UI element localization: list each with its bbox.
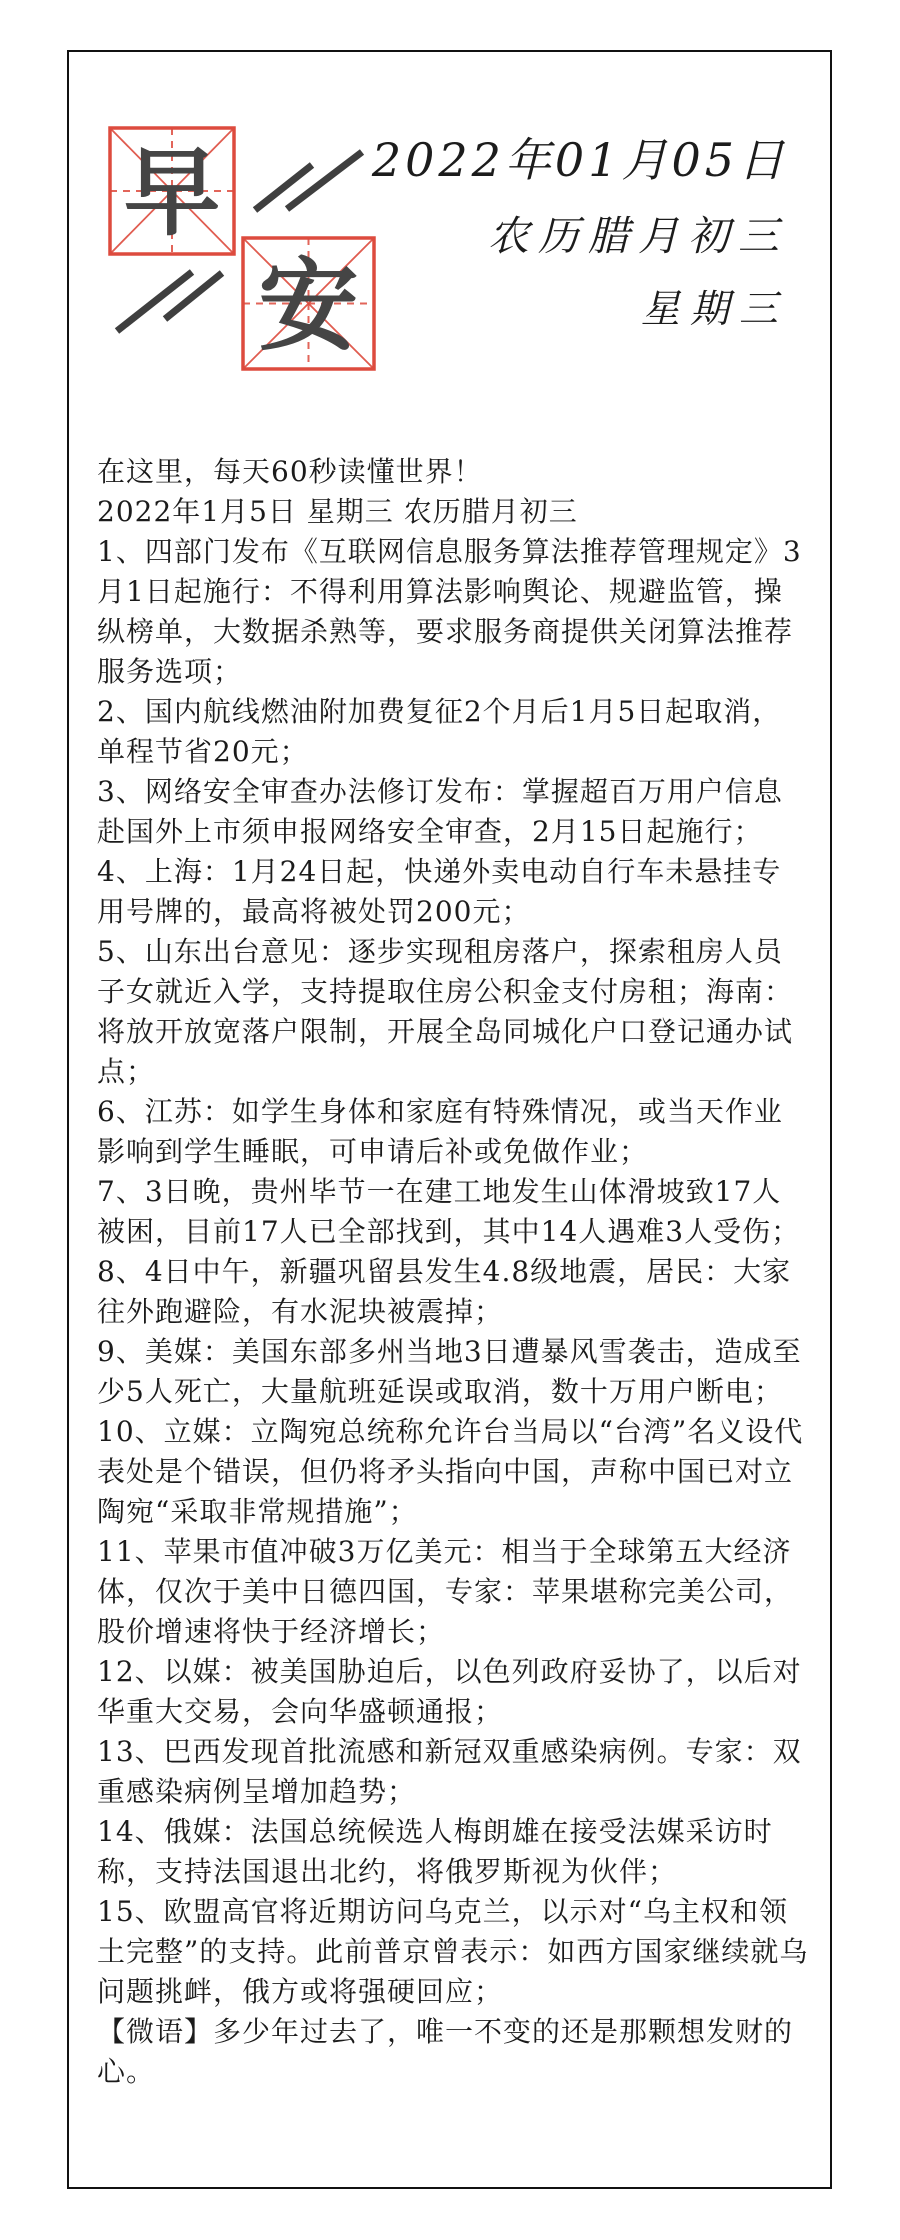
news-item: 9、美媒：美国东部多州当地3日遭暴风雪袭击，造成至少5人死亡，大量航班延误或取消…: [97, 1332, 809, 1412]
news-list: 1、四部门发布《互联网信息服务算法推荐管理规定》3月1日起施行：不得利用算法影响…: [97, 532, 809, 2012]
tagline: 在这里，每天60秒读懂世界！: [97, 452, 809, 492]
slash-decoration-bottom-left: [117, 272, 222, 331]
morning-news-card: 早 安: [0, 0, 900, 2240]
news-item: 14、俄媒：法国总统候选人梅朗雄在接受法媒采访时称，支持法国退出北约，将俄罗斯视…: [97, 1812, 809, 1892]
news-item: 3、网络安全审查办法修订发布：掌握超百万用户信息赴国外上市须申报网络安全审查，2…: [97, 772, 809, 852]
dateline: 2022年1月5日 星期三 农历腊月初三: [97, 492, 809, 532]
news-item: 8、4日中午，新疆巩留县发生4.8级地震，居民：大家往外跑避险，有水泥块被震掉；: [97, 1252, 809, 1332]
news-item: 5、山东出台意见：逐步实现租房落户，探索租房人员子女就近入学，支持提取住房公积金…: [97, 932, 809, 1092]
news-item: 6、江苏：如学生身体和家庭有特殊情况，或当天作业影响到学生睡眠，可申请后补或免做…: [97, 1092, 809, 1172]
an-grid-box: 安: [243, 238, 374, 369]
date-block: 2022年01月05日 农历腊月初三 星期三: [372, 137, 788, 329]
news-item: 13、巴西发现首批流感和新冠双重感染病例。专家：双重感染病例呈增加趋势；: [97, 1732, 809, 1812]
news-item: 10、立媒：立陶宛总统称允许台当局以“台湾”名义设代表处是个错误，但仍将矛头指向…: [97, 1412, 809, 1532]
zaoan-logo-graphic: 早 安: [102, 120, 382, 380]
news-item: 12、以媒：被美国胁迫后，以色列政府妥协了，以后对华重大交易，会向华盛顿通报；: [97, 1652, 809, 1732]
weekday: 星期三: [372, 290, 788, 329]
logo-char-an: 安: [259, 248, 359, 365]
card-border-frame: 早 安: [67, 50, 832, 2189]
news-item: 11、苹果市值冲破3万亿美元：相当于全球第五大经济体，仅次于美中日德四国，专家：…: [97, 1532, 809, 1652]
news-item: 1、四部门发布《互联网信息服务算法推荐管理规定》3月1日起施行：不得利用算法影响…: [97, 532, 809, 692]
news-item: 7、3日晚，贵州毕节一在建工地发生山体滑坡致17人被困，目前17人已全部找到，其…: [97, 1172, 809, 1252]
news-item: 2、国内航线燃油附加费复征2个月后1月5日起取消，单程节省20元；: [97, 692, 809, 772]
gregorian-date: 2022年01月05日: [372, 137, 788, 183]
lunar-date: 农历腊月初三: [372, 216, 788, 257]
news-item: 15、欧盟高官将近期访问乌克兰，以示对“乌主权和领土完整”的支持。此前普京曾表示…: [97, 1892, 809, 2012]
zaoan-logo: 早 安: [102, 120, 382, 380]
zao-grid-box: 早: [110, 128, 234, 254]
footer-quote: 【微语】多少年过去了，唯一不变的还是那颗想发财的心。: [97, 2012, 809, 2092]
news-body: 在这里，每天60秒读懂世界！ 2022年1月5日 星期三 农历腊月初三 1、四部…: [97, 452, 809, 2092]
news-item: 4、上海：1月24日起，快递外卖电动自行车未悬挂专用号牌的，最高将被处罚200元…: [97, 852, 809, 932]
logo-char-zao: 早: [124, 137, 220, 249]
slash-decoration-top-right: [255, 152, 362, 210]
